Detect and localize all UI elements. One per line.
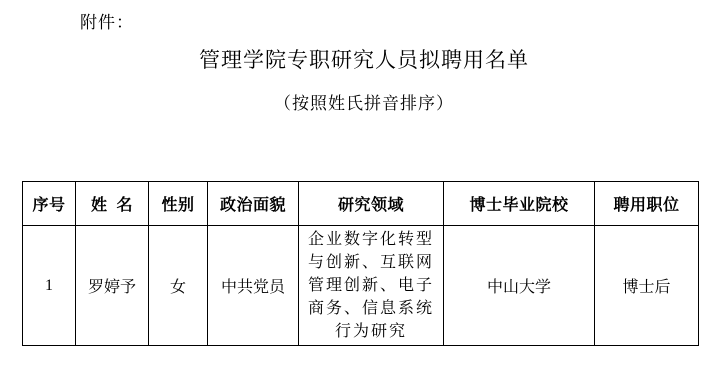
cell-name: 罗婷予 [76, 226, 149, 346]
cell-gender: 女 [149, 226, 208, 346]
document-subtitle: （按照姓氏拼音排序） [0, 89, 728, 114]
column-header-political: 政治面貌 [208, 182, 299, 226]
cell-research-field: 企业数字化转型 与创新、互联网 管理创新、电子 商务、信息系统 行为研究 [299, 226, 444, 346]
column-header-university: 博士毕业院校 [444, 182, 595, 226]
table-header-row: 序号 姓 名 性别 政治面貌 研究领域 博士毕业院校 聘用职位 [23, 182, 699, 226]
document-page: 附件： 管理学院专职研究人员拟聘用名单 （按照姓氏拼音排序） 序号 姓 名 性别… [0, 0, 728, 380]
column-header-research: 研究领域 [299, 182, 444, 226]
column-header-gender: 性别 [149, 182, 208, 226]
column-header-serial: 序号 [23, 182, 76, 226]
attachment-label: 附件： [80, 8, 134, 33]
cell-position: 博士后 [595, 226, 699, 346]
cell-doctoral-university: 中山大学 [444, 226, 595, 346]
table-row: 1 罗婷予 女 中共党员 企业数字化转型 与创新、互联网 管理创新、电子 商务、… [23, 226, 699, 346]
cell-serial: 1 [23, 226, 76, 346]
column-header-position: 聘用职位 [595, 182, 699, 226]
document-title: 管理学院专职研究人员拟聘用名单 [0, 44, 728, 74]
cell-political-status: 中共党员 [208, 226, 299, 346]
column-header-name: 姓 名 [76, 182, 149, 226]
roster-table: 序号 姓 名 性别 政治面貌 研究领域 博士毕业院校 聘用职位 1 罗婷予 女 … [22, 181, 699, 346]
